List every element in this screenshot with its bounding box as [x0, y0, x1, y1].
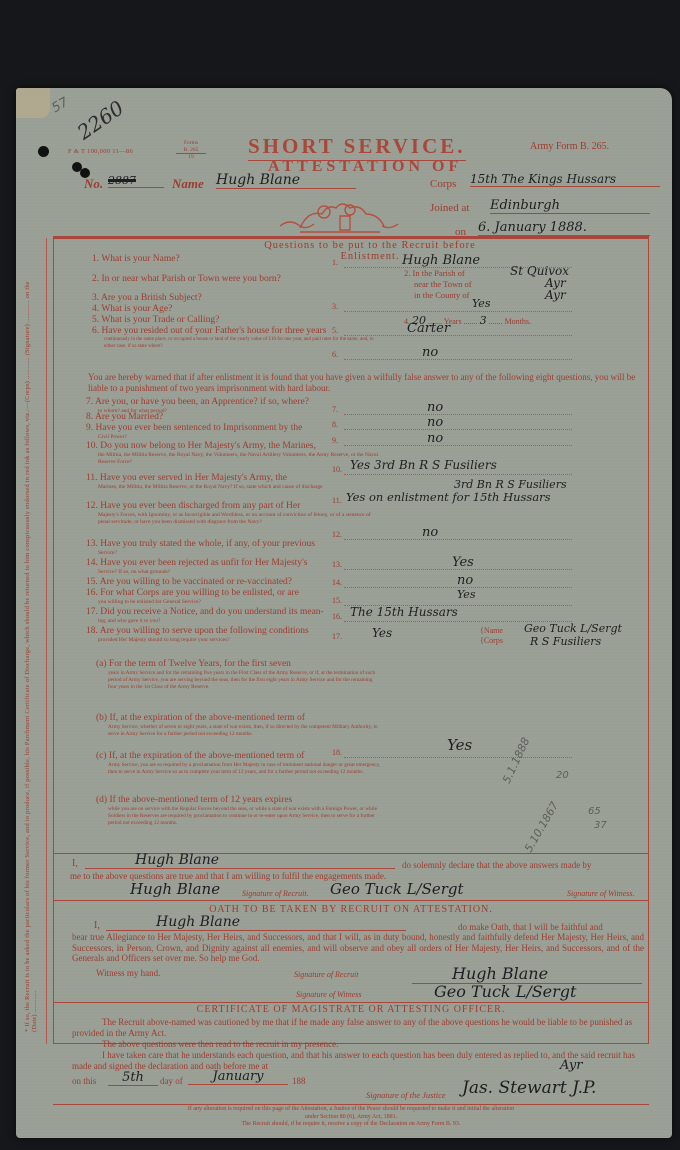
- form-ref-sub: 19: [176, 154, 206, 161]
- certificate-place: Ayr: [560, 1058, 582, 1073]
- answer-7: 7.no: [332, 405, 572, 417]
- certificate-on-this: on this: [72, 1076, 96, 1086]
- certificate-bottom-rule: [53, 1104, 649, 1105]
- justice-signature: Jas. Stewart J.P.: [462, 1078, 596, 1098]
- answer-13: 13.Yes: [332, 560, 572, 572]
- footer-line-3: The Recruit should, if he require it, re…: [53, 1121, 649, 1129]
- answer-5: 5.Carter: [332, 326, 572, 338]
- pencil-note-20: 20: [556, 770, 569, 781]
- certificate-top-rule: [53, 1002, 649, 1003]
- pencil-note-37: 37: [594, 820, 607, 831]
- oath-witness-my-hand: Witness my hand.: [96, 968, 160, 978]
- oath-recruit-label: Signature of Recruit: [294, 970, 359, 979]
- question-5: 5. What is your Trade or Calling?: [92, 315, 382, 326]
- condition-b: (b) If, at the expiration of the above-m…: [96, 713, 382, 751]
- certificate-year: 188: [292, 1076, 306, 1086]
- question-6-sub: continuously in the same place, or occup…: [92, 337, 382, 350]
- answer-11: 11.Yes on enlistment for 15th Hussars: [332, 496, 662, 508]
- oath-text-1: do make Oath, that I will be faithful an…: [458, 922, 603, 932]
- warning-text: You are hereby warned that if after enli…: [88, 372, 638, 394]
- answer-8: 8.no: [332, 420, 572, 432]
- joined-at-label: Joined at: [430, 202, 469, 214]
- no-label: No.: [84, 176, 103, 192]
- certificate-para-2: The above questions were then read to th…: [72, 1039, 646, 1050]
- declaration-witness-signature: Geo Tuck L/Sergt: [330, 880, 464, 898]
- declaration-name: Hugh Blane: [85, 852, 395, 869]
- declaration-witness-label: Signature of Witness.: [567, 889, 634, 898]
- oath-recruit-signature: Hugh Blane: [412, 964, 642, 984]
- joined-at-value: Edinburgh: [490, 198, 650, 214]
- answer-2-labels: 2. In the Parish of near the Town of in …: [404, 268, 472, 301]
- question-2: 2. In or near what Parish or Town were y…: [92, 269, 382, 293]
- oath-text-2: bear true Allegiance to Her Majesty, Her…: [72, 932, 644, 964]
- answer-17-corps: R S Fusiliers: [530, 635, 601, 648]
- footer-notes: If any alteration is required on this pa…: [53, 1106, 649, 1129]
- answer-17-labels: {Name {Corps: [480, 626, 503, 646]
- on-date-value: 6. January 1888.: [478, 220, 650, 236]
- name-label: Name: [172, 176, 204, 192]
- answer-2-county: Ayr: [545, 288, 566, 302]
- answer-10: 10.Yes 3rd Bn R S Fusiliers: [332, 465, 572, 477]
- frame-top-rule: [53, 236, 649, 238]
- no-value: 2887: [108, 174, 164, 188]
- declaration-text-1: do solemnly declare that the above answe…: [402, 860, 591, 870]
- certificate-para-1: The Recruit above-named was cautioned by…: [72, 1017, 646, 1038]
- oath-i: I,: [94, 920, 100, 931]
- print-code: F & T 100,000 11—86: [68, 148, 133, 155]
- certificate-heading: CERTIFICATE OF MAGISTRATE OR ATTESTING O…: [53, 1004, 649, 1015]
- declaration-i: I,: [72, 858, 78, 869]
- oath-witness-signature: Geo Tuck L/Sergt: [412, 982, 642, 1001]
- corps-value: 15th The Kings Hussars: [470, 172, 660, 187]
- form-title: SHORT SERVICE.: [248, 134, 466, 161]
- footer-line-2: under Section 80 (6), Army Act, 1881.: [53, 1114, 649, 1122]
- oath-witness-label: Signature of Witness: [296, 990, 361, 999]
- answer-18: 18.Yes: [332, 748, 572, 760]
- paper-stain: [16, 88, 50, 118]
- corps-label: Corps: [430, 178, 456, 190]
- oath-top-rule: [53, 900, 649, 901]
- oath-name: Hugh Blane: [106, 914, 406, 931]
- justice-label: Signature of the Justice: [366, 1090, 446, 1100]
- answer-12: 12.no: [332, 530, 572, 542]
- certificate-day: 5th: [108, 1070, 158, 1086]
- punch-hole: [38, 146, 49, 157]
- declaration-recruit-signature: Hugh Blane: [130, 880, 220, 898]
- form-ref-code: B. 265: [176, 147, 206, 155]
- answer-9: 9.no: [332, 436, 572, 448]
- certificate-month: January: [188, 1069, 288, 1085]
- answer-17-name: Geo Tuck L/Sergt: [524, 622, 622, 635]
- answer-14: 14.no: [332, 578, 572, 590]
- army-form-number: Army Form B. 265.: [530, 141, 609, 152]
- royal-crest-icon: [270, 200, 410, 236]
- margin-note: * If so, the Recruit is to be asked the …: [24, 262, 54, 1032]
- answer-6: 6.no: [332, 350, 572, 362]
- condition-a: (a) For the term of Twelve Years, for th…: [96, 659, 382, 713]
- condition-d: (d) If the above-mentioned term of 12 ye…: [96, 795, 382, 845]
- declaration-recruit-label: Signature of Recruit.: [242, 889, 309, 898]
- footer-line-1: If any alteration is required on this pa…: [53, 1106, 649, 1114]
- pencil-note-65: 65: [588, 806, 601, 817]
- certificate-day-of: day of: [160, 1076, 183, 1086]
- answer-3: 3.Yes: [332, 302, 572, 314]
- name-value: Hugh Blane: [216, 172, 356, 189]
- form-ref: Forms B. 265 19: [176, 140, 206, 161]
